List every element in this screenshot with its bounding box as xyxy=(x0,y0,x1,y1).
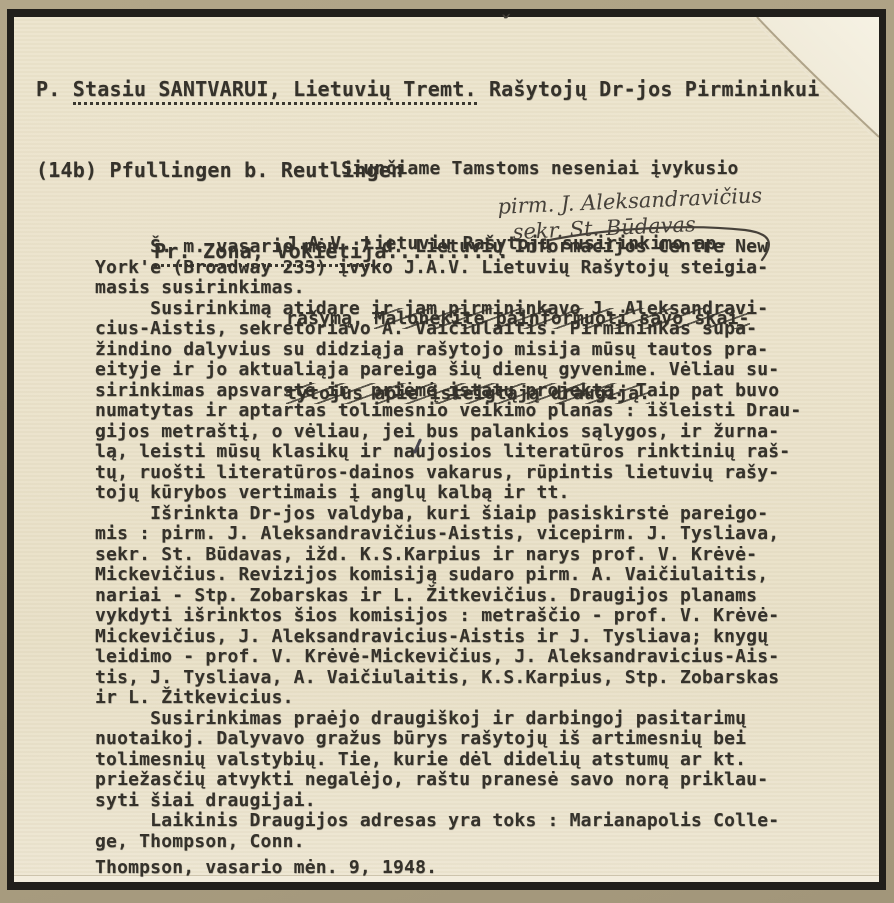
body-line: tojų kūrybos vertimais į anglų kalbą ir … xyxy=(95,483,801,504)
body-line: numatytas ir aptartas tolimesnio veikimo… xyxy=(95,401,801,422)
body-line: nariai - Stp. Zobarskas ir L. Žitkevičiu… xyxy=(95,586,801,607)
body-line: ir L. Žitkevicius. xyxy=(95,688,801,709)
body-line: Š. m. vasario mėn. 7 d. Lietuvių Informa… xyxy=(95,237,801,258)
body-line: syti šiai draugijai. xyxy=(95,791,801,812)
body-line: nuotaikoj. Dalyvavo gražus būrys rašytoj… xyxy=(95,729,801,750)
body-line: Susirinkimą atidare ir jam pirmininkavo … xyxy=(95,299,801,320)
body-line: Mickevičius. Revizijos komisiją sudaro p… xyxy=(95,565,801,586)
letter-body: Š. m. vasario mėn. 7 d. Lietuvių Informa… xyxy=(95,237,801,852)
body-line: tis, J. Tysliava, A. Vaičiulaitis, K.S.K… xyxy=(95,668,801,689)
intro-line-1: Siunčiame Tamstoms neseniai įvykusio xyxy=(286,156,750,181)
body-line: ge, Thompson, Conn. xyxy=(95,832,801,853)
body-line: eityje ir jo aktualiąja pareiga šių dien… xyxy=(95,360,801,381)
body-line: tolimesnių valstybių. Tie, kurie dėl did… xyxy=(95,750,801,771)
body-line: cius-Aistis, sekretoriavo A. Vaičiulaiti… xyxy=(95,319,801,340)
body-line: lą, leisti mūsų klasikų ir naujosios lit… xyxy=(95,442,801,463)
recipient-line1-suffix: Rašytojų Dr-jos Pirmininkui xyxy=(477,77,820,101)
body-line: Mickevičius, J. Aleksandravicius-Aistis … xyxy=(95,627,801,648)
body-line: žindino dalyvius su didziąja rašytojo mi… xyxy=(95,340,801,361)
body-line: vykdyti išrinktos šios komisijos : metra… xyxy=(95,606,801,627)
body-line: Išrinkta Dr-jos valdyba, kuri šiaip pasi… xyxy=(95,504,801,525)
body-line: Laikinis Draugijos adresas yra toks : Ma… xyxy=(95,811,801,832)
scanned-letter-page: P. Stasiu SANTVARUI, Lietuvių Tremt. Raš… xyxy=(0,0,894,903)
body-line: sekr. St. Būdavas, ižd. K.S.Karpius ir n… xyxy=(95,545,801,566)
body-line: sirinkimas apsvarstė ir priėmė įstatų pr… xyxy=(95,381,801,402)
body-line: gijos metraštį, o vėliau, jei bus palank… xyxy=(95,422,801,443)
body-line: leidimo - prof. V. Krėvė-Mickevičius, J.… xyxy=(95,647,801,668)
body-line: York'e (Broadway 233) įvyko J.A.V. Lietu… xyxy=(95,258,801,279)
dateline: Thompson, vasario mėn. 9, 1948. xyxy=(95,857,437,878)
body-line: priežasčių atvykti negalėjo, raštu prane… xyxy=(95,770,801,791)
recipient-line1-prefix: P. xyxy=(36,77,73,101)
body-line: tų, ruošti literatūros-dainos vakarus, r… xyxy=(95,463,801,484)
recipient-line1-underlined: Stasiu SANTVARUI, Lietuvių Tremt. xyxy=(73,77,477,105)
body-line: Susirinkimas praėjo draugiškoj ir darbin… xyxy=(95,709,801,730)
recipient-line-1: P. Stasiu SANTVARUI, Lietuvių Tremt. Raš… xyxy=(36,76,819,103)
body-line: masis susirinkimas. xyxy=(95,278,801,299)
body-line: mis : pirm. J. Aleksandravičius-Aistis, … xyxy=(95,524,801,545)
